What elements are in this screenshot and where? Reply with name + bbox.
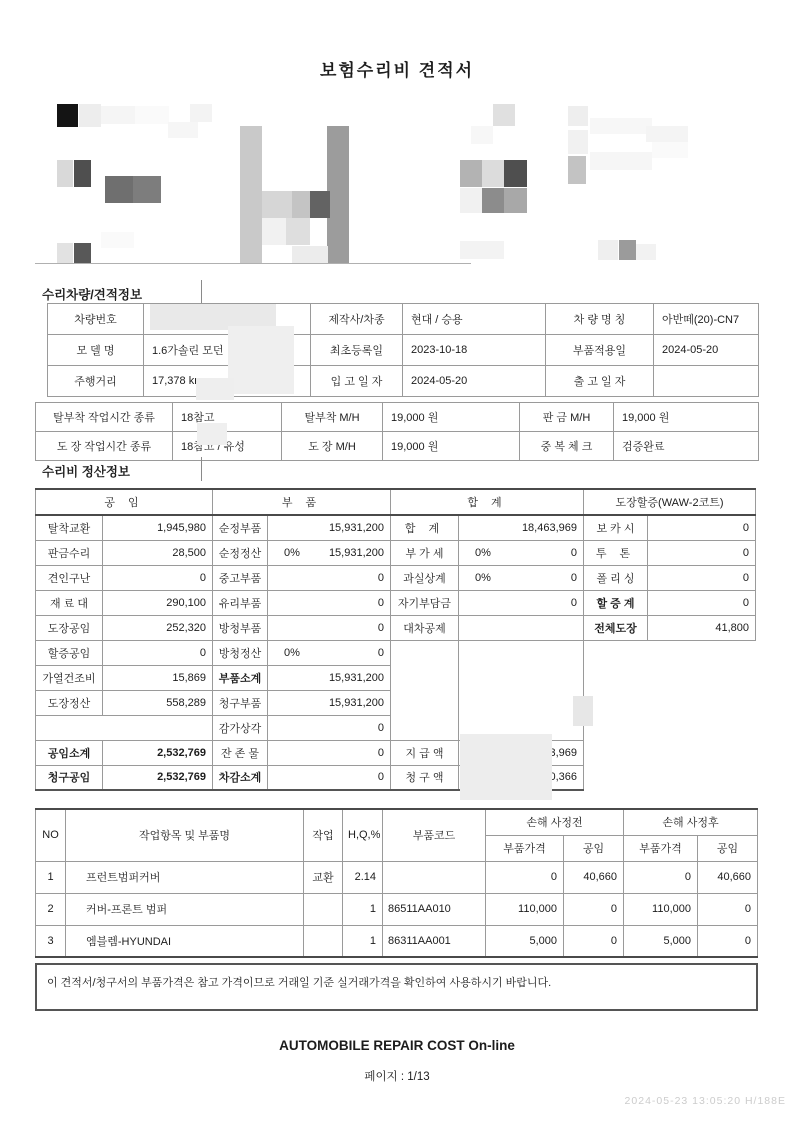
table-cell: 탈부착 작업시간 종류 [36, 403, 173, 432]
col-header-price-before: 부품가격 [486, 835, 564, 861]
table-cell: 지 급 액 [391, 740, 459, 765]
table-cell: 5,000 [624, 925, 698, 957]
table-cell: 부품적용일 [546, 335, 654, 366]
table-cell: 3 [36, 925, 66, 957]
table-cell: 1,945,980 [103, 515, 213, 540]
amount-value: 0 [378, 622, 384, 634]
amount-value: 18,463,969 [522, 522, 577, 534]
table-cell: 15,869 [103, 665, 213, 690]
table-row: 견인구난 0 중고부품 0 과실상계 0%0 폴 리 싱 0 [36, 565, 756, 590]
table-cell: 주행거리 [48, 366, 144, 397]
table-row: 탈착교환 1,945,980 순정부품 15,931,200 합 계 18,46… [36, 515, 756, 540]
table-cell: 청 구 액 [391, 765, 459, 790]
table-cell: 견인구난 [36, 565, 103, 590]
table-cell: 290,100 [103, 590, 213, 615]
percent-value: 0% [475, 566, 491, 591]
table-cell [304, 925, 343, 957]
col-header-labor-before: 공임 [564, 835, 624, 861]
table-row: 2 커버-프론트 범퍼 1 86511AA010 110,000 0 110,0… [36, 893, 758, 925]
table-cell: 탈부착 M/H [282, 403, 383, 432]
col-header-after: 손해 사정후 [624, 809, 758, 835]
redacted-region [460, 734, 552, 800]
section-title-settlement: 수리비 정산정보 [35, 457, 202, 481]
print-timestamp: 2024-05-23 13:05:20 H/188E [625, 1095, 786, 1107]
table-cell: 2,532,769 [103, 765, 213, 790]
notice-text: 이 견적서/청구서의 부품가격은 참고 가격이므로 거래일 기준 실거래가격을 … [47, 977, 551, 989]
table-cell: 0 [624, 861, 698, 893]
table-cell: 110,000 [624, 893, 698, 925]
table-cell: 청구공임 [36, 765, 103, 790]
table-cell: 0 [564, 925, 624, 957]
table-cell: 2.14 [343, 861, 383, 893]
table-cell: 최초등록일 [311, 335, 403, 366]
table-cell: 청구부품 [213, 690, 268, 715]
amount-value: 0 [378, 647, 384, 659]
notice-box: 이 견적서/청구서의 부품가격은 참고 가격이므로 거래일 기준 실거래가격을 … [35, 963, 758, 1011]
table-cell: 재 료 대 [36, 590, 103, 615]
table-row: 탈부착 작업시간 종류 18참고 탈부착 M/H 19,000 원 판 금 M/… [36, 403, 759, 432]
table-cell: 86311AA001 [383, 925, 486, 957]
amount-value: 0 [571, 547, 577, 559]
table-cell: 0 [648, 565, 756, 590]
table-row: 1 프런트범퍼커버 교환 2.14 0 40,660 0 40,660 [36, 861, 758, 893]
table-cell: 중고부품 [213, 565, 268, 590]
col-header-hq: H,Q,% [343, 809, 383, 861]
table-cell: 모 델 명 [48, 335, 144, 366]
amount-value: 0 [378, 597, 384, 609]
table-cell: 프런트범퍼커버 [66, 861, 304, 893]
table-cell: 할증공임 [36, 640, 103, 665]
table-cell: 방청부품 [213, 615, 268, 640]
table-cell: 전체도장 [584, 615, 648, 640]
table-cell: 40,660 [698, 861, 758, 893]
table-cell: 558,289 [103, 690, 213, 715]
table-cell: 0 [268, 565, 391, 590]
table-cell: 교환 [304, 861, 343, 893]
redacted-region [228, 326, 294, 394]
table-cell: 투 톤 [584, 540, 648, 565]
amount-value: 15,931,200 [329, 522, 384, 534]
table-row: 재 료 대 290,100 유리부품 0 자기부담금 0 할 증 계 0 [36, 590, 756, 615]
empty-cell [36, 715, 213, 740]
settlement-table: 공 임 부 품 합 계 도장할증(WAW-2코트) 탈착교환 1,945,980… [35, 488, 756, 791]
empty-cell [391, 640, 459, 740]
table-cell: 1 [343, 925, 383, 957]
table-cell: 0%0 [459, 540, 584, 565]
amount-value: 0 [378, 572, 384, 584]
table-cell: 가열건조비 [36, 665, 103, 690]
table-cell: 2023-10-18 [403, 335, 546, 366]
table-cell: 110,000 [486, 893, 564, 925]
table-cell: 감가상각 [213, 715, 268, 740]
table-cell: 19,000 원 [383, 432, 520, 461]
table-cell: 2 [36, 893, 66, 925]
table-cell: 입 고 일 자 [311, 366, 403, 397]
empty-cell [459, 640, 584, 740]
page-title: 보험수리비 견적서 [0, 56, 794, 81]
table-cell: 도장정산 [36, 690, 103, 715]
page-number: 페이지 : 1/13 [0, 1068, 794, 1084]
table-cell: 2024-05-20 [403, 366, 546, 397]
table-cell: 15,931,200 [268, 665, 391, 690]
table-cell: 판금수리 [36, 540, 103, 565]
table-cell: 중 복 체 크 [520, 432, 614, 461]
table-cell: 차 량 명 칭 [546, 304, 654, 335]
amount-value: 0 [378, 722, 384, 734]
table-cell: 15,931,200 [268, 515, 391, 540]
table-cell: 0%0 [459, 565, 584, 590]
table-row: 도장공임 252,320 방청부품 0 대차공제 전체도장 41,800 [36, 615, 756, 640]
table-cell: 엠블렘-HYUNDAI [66, 925, 304, 957]
table-row: 판금수리 28,500 순정정산 0%15,931,200 부 가 세 0%0 … [36, 540, 756, 565]
table-cell: 현대 / 승용 [403, 304, 546, 335]
table-cell: 아반떼(20)-CN7 [654, 304, 759, 335]
table-cell: 차량번호 [48, 304, 144, 335]
table-cell: 0 [268, 740, 391, 765]
col-header-labor-after: 공임 [698, 835, 758, 861]
table-cell: 15,931,200 [268, 690, 391, 715]
col-header-price-after: 부품가격 [624, 835, 698, 861]
table-cell: 대차공제 [391, 615, 459, 640]
col-header-labor: 공 임 [36, 489, 213, 515]
table-cell: 커버-프론트 범퍼 [66, 893, 304, 925]
table-row: 모 델 명 1.6가솔린 모던 최초등록일 2023-10-18 부품적용일 2… [48, 335, 759, 366]
table-cell: 0 [698, 925, 758, 957]
col-header-no: NO [36, 809, 66, 861]
table-cell: 판 금 M/H [520, 403, 614, 432]
amount-value: 15,931,200 [329, 697, 384, 709]
table-cell: 부품소계 [213, 665, 268, 690]
table-cell [383, 861, 486, 893]
table-row: NO 작업항목 및 부품명 작업 H,Q,% 부품코드 손해 사정전 손해 사정… [36, 809, 758, 835]
percent-value: 0% [284, 541, 300, 566]
amount-value: 15,931,200 [329, 547, 384, 559]
table-cell: 0 [268, 590, 391, 615]
table-cell: 순정정산 [213, 540, 268, 565]
table-cell: 검증완료 [614, 432, 759, 461]
table-cell: 폴 리 싱 [584, 565, 648, 590]
col-header-total: 합 계 [391, 489, 584, 515]
table-cell: 18참고 [173, 403, 282, 432]
table-row: 할증공임 0 방청정산 0%0 [36, 640, 756, 665]
section-title-vehicle-info: 수리차량/견적정보 [35, 280, 202, 304]
table-cell: 제작사/차종 [311, 304, 403, 335]
table-cell: 순정부품 [213, 515, 268, 540]
table-cell [459, 615, 584, 640]
logo-underline [35, 263, 471, 264]
table-cell [654, 366, 759, 397]
percent-value: 0% [284, 641, 300, 666]
table-cell: 0 [486, 861, 564, 893]
table-cell: 0 [268, 715, 391, 740]
table-cell: 1 [343, 893, 383, 925]
percent-value: 0% [475, 541, 491, 566]
amount-value: 0 [571, 597, 577, 609]
redacted-region [197, 423, 227, 445]
table-cell: 0 [459, 590, 584, 615]
table-cell: 0 [698, 893, 758, 925]
table-cell: 5,000 [486, 925, 564, 957]
col-header-op: 작업 [304, 809, 343, 861]
table-cell: 0%15,931,200 [268, 540, 391, 565]
table-cell: 0 [103, 565, 213, 590]
table-cell: 0 [268, 765, 391, 790]
work-hours-table: 탈부착 작업시간 종류 18참고 탈부착 M/H 19,000 원 판 금 M/… [35, 402, 759, 461]
table-cell: 도장공임 [36, 615, 103, 640]
amount-value: 0 [378, 771, 384, 783]
work-items-table: NO 작업항목 및 부품명 작업 H,Q,% 부품코드 손해 사정전 손해 사정… [35, 808, 758, 958]
table-cell: 할 증 계 [584, 590, 648, 615]
table-cell: 86511AA010 [383, 893, 486, 925]
brand-footer: AUTOMOBILE REPAIR COST On-line [0, 1038, 794, 1053]
table-cell: 0 [648, 515, 756, 540]
table-cell: 차감소계 [213, 765, 268, 790]
estimate-document-page: 보험수리비 견적서 [0, 0, 794, 1123]
table-cell: 0 [268, 615, 391, 640]
table-cell: 19,000 원 [383, 403, 520, 432]
table-cell: 40,660 [564, 861, 624, 893]
table-cell: 0 [648, 540, 756, 565]
table-cell: 41,800 [648, 615, 756, 640]
table-cell: 출 고 일 자 [546, 366, 654, 397]
table-cell: 0 [564, 893, 624, 925]
table-cell: 28,500 [103, 540, 213, 565]
table-cell: 19,000 원 [614, 403, 759, 432]
table-cell: 잔 존 물 [213, 740, 268, 765]
col-header-before: 손해 사정전 [486, 809, 624, 835]
table-cell: 방청정산 [213, 640, 268, 665]
amount-value: 0 [571, 572, 577, 584]
table-cell: 도 장 M/H [282, 432, 383, 461]
table-cell: 과실상계 [391, 565, 459, 590]
table-cell: 탈착교환 [36, 515, 103, 540]
table-cell: 0%0 [268, 640, 391, 665]
table-cell: 252,320 [103, 615, 213, 640]
col-header-parts: 부 품 [213, 489, 391, 515]
table-cell: 18,463,969 [459, 515, 584, 540]
table-cell: 2024-05-20 [654, 335, 759, 366]
table-cell: 0 [648, 590, 756, 615]
amount-value: 15,931,200 [329, 672, 384, 684]
col-header-code: 부품코드 [383, 809, 486, 861]
col-header-paint-extra: 도장할증(WAW-2코트) [584, 489, 756, 515]
col-header-item: 작업항목 및 부품명 [66, 809, 304, 861]
table-row: 공 임 부 품 합 계 도장할증(WAW-2코트) [36, 489, 756, 515]
table-cell [304, 893, 343, 925]
empty-cell [584, 640, 756, 790]
table-cell: 2,532,769 [103, 740, 213, 765]
table-row: 주행거리 17,378 km 입 고 일 자 2024-05-20 출 고 일 … [48, 366, 759, 397]
table-cell: 0 [103, 640, 213, 665]
table-cell: 유리부품 [213, 590, 268, 615]
table-row: 3 엠블렘-HYUNDAI 1 86311AA001 5,000 0 5,000… [36, 925, 758, 957]
table-cell: 공임소계 [36, 740, 103, 765]
amount-value: 0 [378, 747, 384, 759]
redacted-region [196, 378, 234, 400]
table-cell: 부 가 세 [391, 540, 459, 565]
table-cell: 합 계 [391, 515, 459, 540]
table-cell: 보 카 시 [584, 515, 648, 540]
table-cell: 자기부담금 [391, 590, 459, 615]
redacted-region [573, 696, 593, 726]
table-cell: 1 [36, 861, 66, 893]
